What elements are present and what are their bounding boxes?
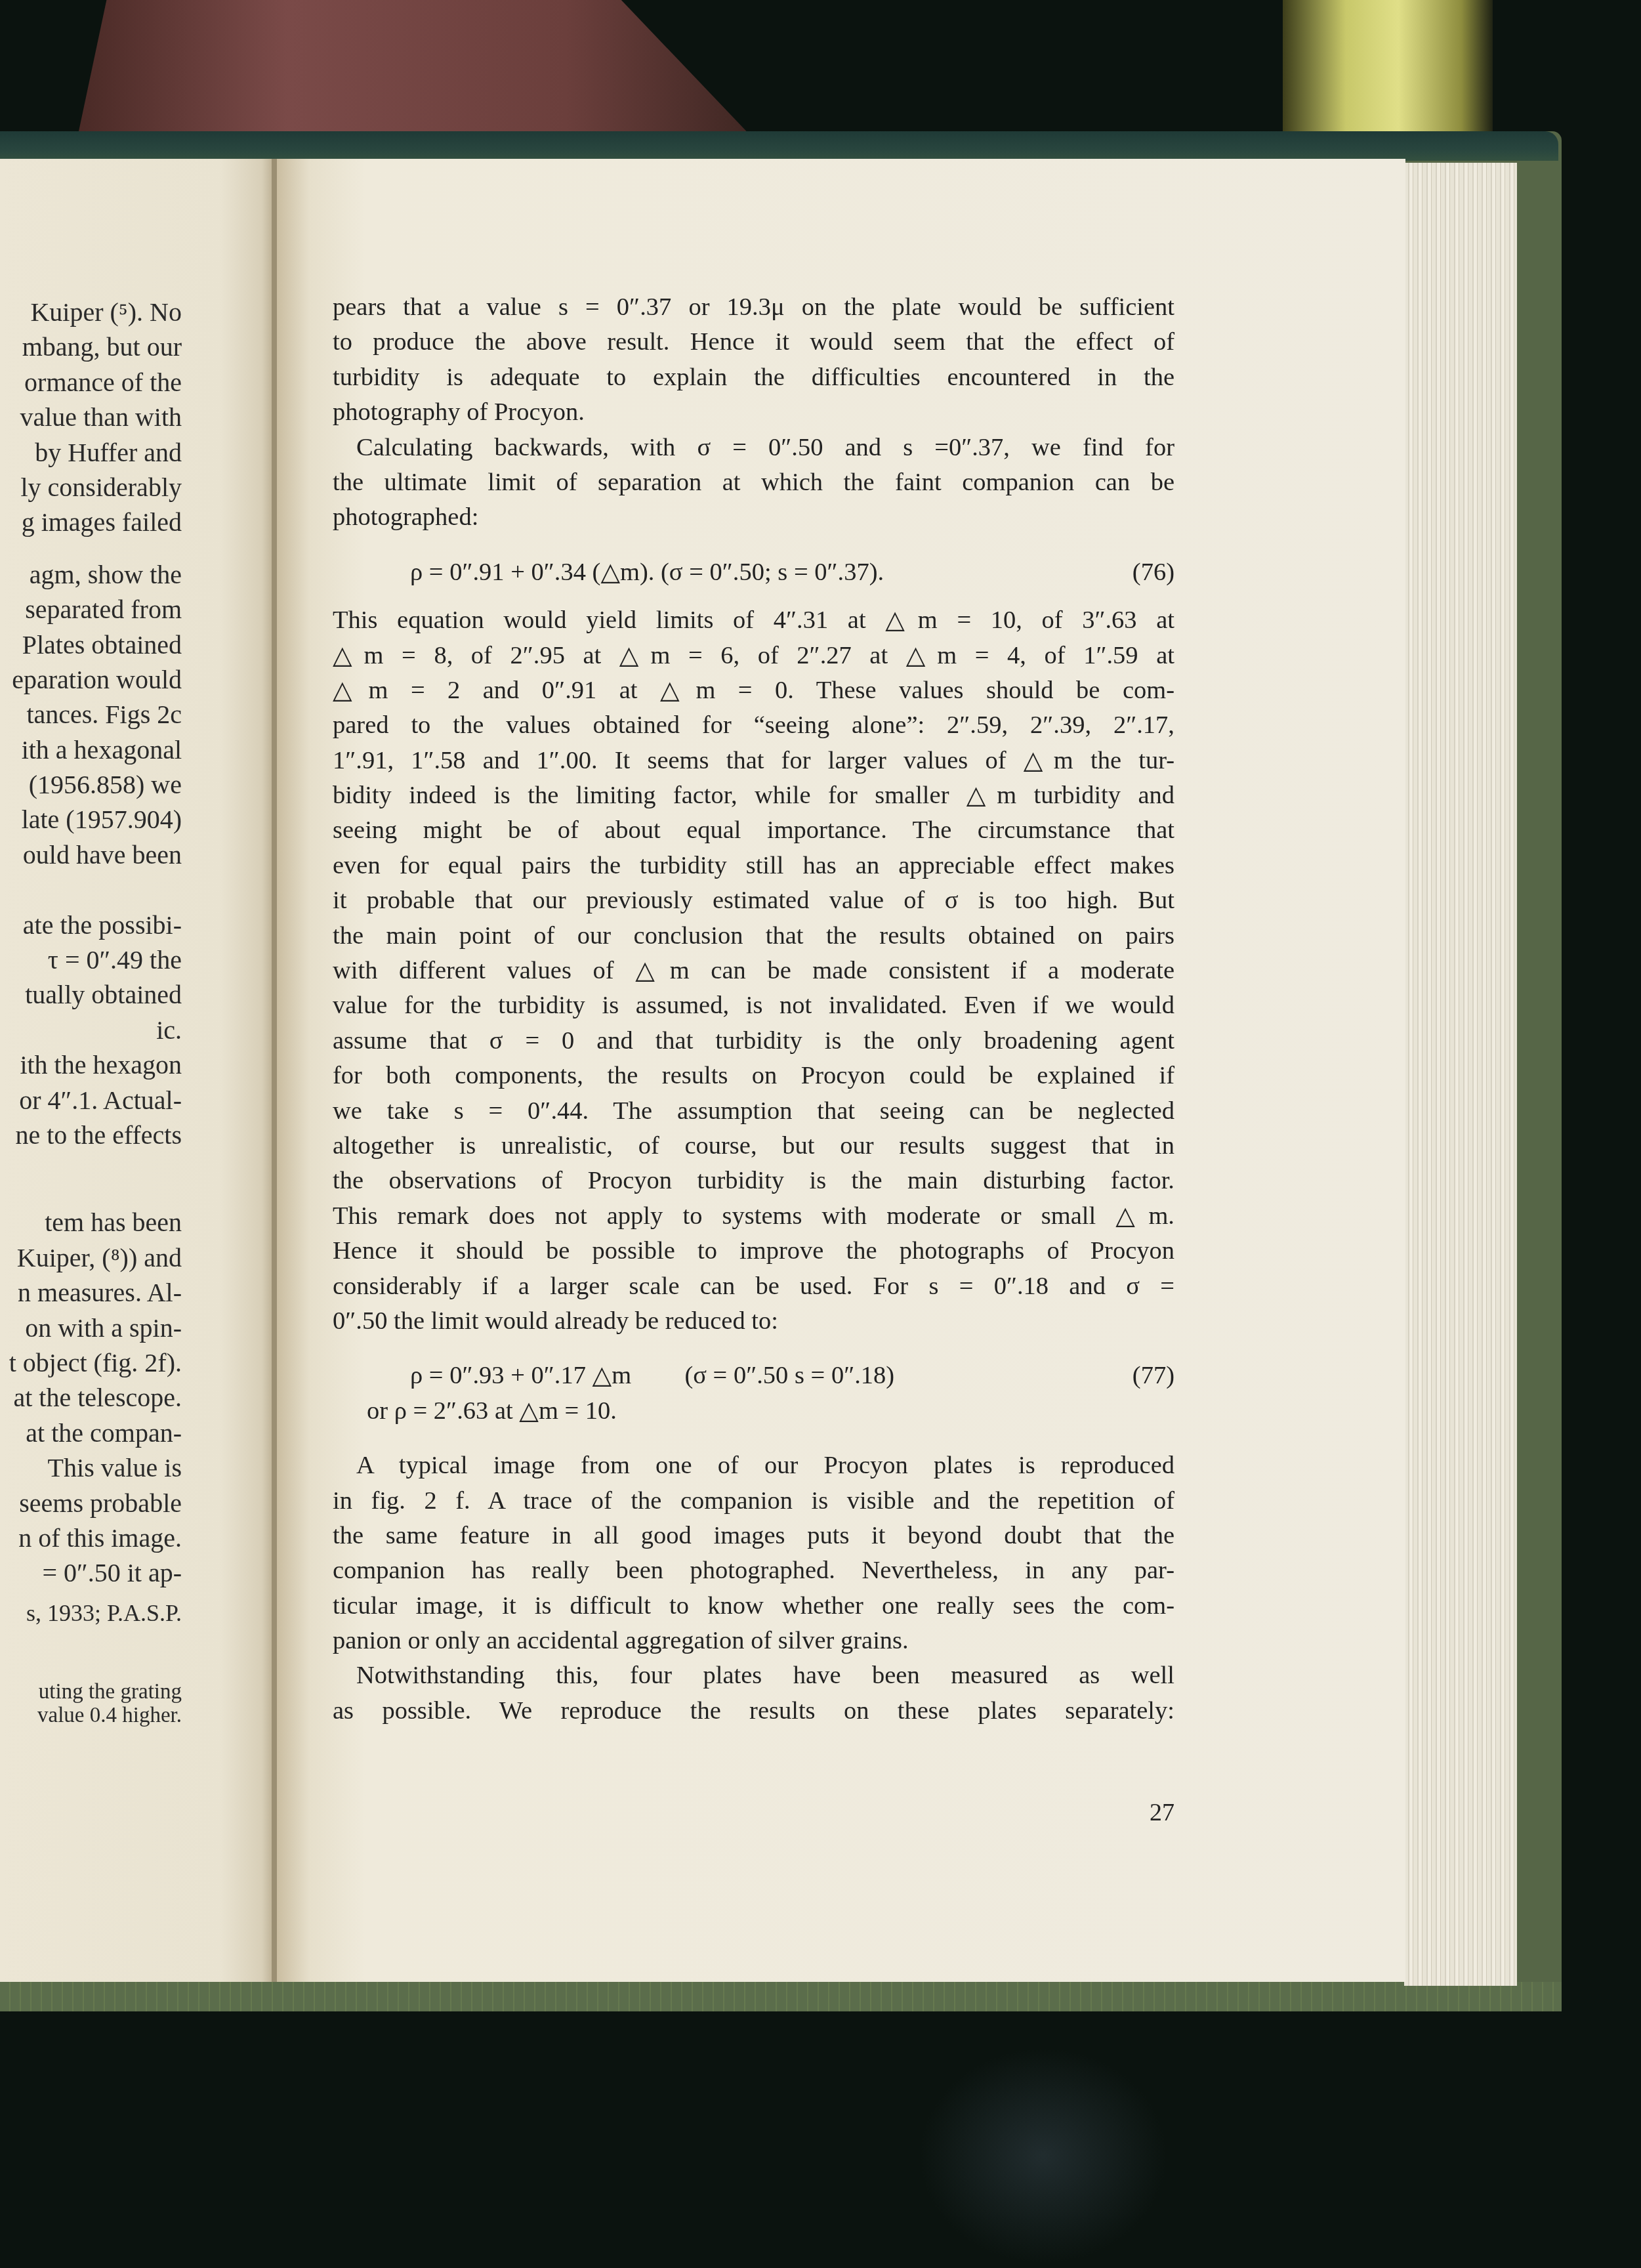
text-line: g images failed: [0, 505, 182, 539]
text-line: ould have been: [0, 837, 182, 872]
paragraph: pears that a value s = 0″.37 or 19.3μ on…: [333, 290, 1174, 430]
footnote-line: uting the grating: [0, 1680, 182, 1704]
text-line: 1″.91, 1″.58 and 1″.00. It seems that fo…: [333, 744, 1174, 778]
text-line: photographed:: [333, 500, 1174, 535]
book-cover-top-edge: [0, 131, 1558, 161]
text-line: at the compan-: [0, 1416, 182, 1450]
text-line: τ = 0″.49 the: [0, 942, 182, 977]
equation-77-continuation: or ρ = 2″.63 at △m = 10.: [333, 1394, 1174, 1429]
left-page: Kuiper (⁵). No mbang, but our ormance of…: [0, 159, 276, 1982]
text-line: we take s = 0″.44. The assumption that s…: [333, 1094, 1174, 1129]
text-line: ith the hexagon: [0, 1047, 182, 1082]
text-line: bidity indeed is the limiting factor, wh…: [333, 778, 1174, 813]
text-line: eparation would: [0, 662, 182, 697]
paragraph: This equation would yield limits of 4″.3…: [333, 603, 1174, 1339]
text-line: late (1957.904): [0, 802, 182, 837]
text-line: Hence it should be possible to improve t…: [333, 1234, 1174, 1269]
text-line: Kuiper (⁵). No: [0, 295, 182, 329]
text-line: the main point of our conclusion that th…: [333, 919, 1174, 954]
text-line: by Huffer and: [0, 435, 182, 470]
reference-line: s, 1933; P.A.S.P.: [0, 1596, 182, 1631]
text-line: 0″.50 the limit would already be reduced…: [333, 1304, 1174, 1339]
background-glow: [919, 2047, 1168, 2264]
text-line: on with a spin-: [0, 1311, 182, 1345]
book-gutter: [272, 159, 277, 1982]
text-line: separated from: [0, 592, 182, 627]
text-line: turbidity is adequate to explain the dif…: [333, 360, 1174, 395]
text-line: (1956.858) we: [0, 767, 182, 802]
text-line: tances. Figs 2c: [0, 697, 182, 732]
paragraph: Calculating backwards, with σ = 0″.50 an…: [333, 430, 1174, 535]
text-line: to produce the above result. Hence it wo…: [333, 325, 1174, 360]
text-line: the observations of Procyon turbidity is…: [333, 1164, 1174, 1198]
text-line: the ultimate limit of separation at whic…: [333, 465, 1174, 500]
equation-body: ρ = 0″.91 + 0″.34 (△m). (σ = 0″.50; s = …: [333, 555, 884, 590]
equation-expression: ρ = 0″.93 + 0″.17 △m: [410, 1362, 631, 1389]
text-line: at the telescope.: [0, 1380, 182, 1415]
text-line: ith a hexagonal: [0, 732, 182, 767]
text-line: △m = 2 and 0″.91 at △m = 0. These values…: [333, 673, 1174, 708]
text-line: = 0″.50 it ap-: [0, 1555, 182, 1590]
text-line: tually obtained: [0, 977, 182, 1012]
text-line: considerably if a larger scale can be us…: [333, 1269, 1174, 1304]
left-page-text-fragment: Kuiper (⁵). No mbang, but our ormance of…: [0, 295, 182, 1727]
text-line: mbang, but our: [0, 329, 182, 364]
text-line: Calculating backwards, with σ = 0″.50 an…: [333, 430, 1174, 465]
finger-holding-book: [79, 0, 774, 131]
equation-continuation: or ρ = 2″.63 at △m = 10.: [367, 1394, 617, 1429]
text-line: assume that σ = 0 and that turbidity is …: [333, 1024, 1174, 1059]
text-line: ne to the effects: [0, 1118, 182, 1152]
equation-number: (76): [1132, 555, 1174, 590]
text-line: with different values of △m can be made …: [333, 954, 1174, 988]
text-line: erture).: [0, 872, 182, 907]
text-line: agm, show the: [0, 557, 182, 592]
text-line: ormance of the: [0, 365, 182, 400]
text-line: pared to the values obtained for “seeing…: [333, 708, 1174, 743]
text-line: This remark does not apply to systems wi…: [333, 1199, 1174, 1234]
text-line: seeing might be of about equal importanc…: [333, 813, 1174, 848]
text-line: △m = 8, of 2″.95 at △m = 6, of 2″.27 at …: [333, 639, 1174, 673]
text-line: as possible. We reproduce the results on…: [333, 1694, 1174, 1729]
background-light-streak: [1283, 0, 1493, 131]
paragraph: A typical image from one of our Procyon …: [333, 1448, 1174, 1658]
text-line: for both components, the results on Proc…: [333, 1059, 1174, 1093]
text-line: the same feature in all good images puts…: [333, 1519, 1174, 1553]
equation-params: (σ = 0″.50 s = 0″.18): [684, 1362, 894, 1389]
text-line: value for the turbidity is assumed, is n…: [333, 988, 1174, 1023]
book-cover-bottom-edge: [0, 1982, 1562, 2011]
text-line: t object (fig. 2f).: [0, 1345, 182, 1380]
text-line: n measures. Al-: [0, 1275, 182, 1310]
text-line: Notwithstanding this, four plates have b…: [333, 1658, 1174, 1693]
text-line: value than with: [0, 400, 182, 434]
text-line: in fig. 2 f. A trace of the companion is…: [333, 1484, 1174, 1519]
text-line: ate the possibi-: [0, 908, 182, 942]
text-line: tem has been: [0, 1205, 182, 1240]
equation-76: ρ = 0″.91 + 0″.34 (△m). (σ = 0″.50; s = …: [333, 555, 1174, 590]
text-line: panion or only an accidental aggregation…: [333, 1624, 1174, 1658]
fore-edge-pages: [1404, 163, 1517, 1986]
text-line: pears that a value s = 0″.37 or 19.3μ on…: [333, 290, 1174, 325]
equation-number: (77): [1132, 1358, 1174, 1393]
text-line: Kuiper, (⁸)) and: [0, 1240, 182, 1275]
equation-77: ρ = 0″.93 + 0″.17 △m (σ = 0″.50 s = 0″.1…: [333, 1358, 1174, 1393]
equation-body: ρ = 0″.93 + 0″.17 △m (σ = 0″.50 s = 0″.1…: [333, 1358, 894, 1393]
text-line: companion has really been photographed. …: [333, 1553, 1174, 1588]
text-line: ly considerably: [0, 470, 182, 505]
text-line: photography of Procyon.: [333, 395, 1174, 430]
paragraph: Notwithstanding this, four plates have b…: [333, 1658, 1174, 1729]
text-line: altogether is unrealistic, of course, bu…: [333, 1129, 1174, 1164]
text-line: ticular image, it is difficult to know w…: [333, 1589, 1174, 1624]
text-line: Plates obtained: [0, 627, 182, 662]
page-number: 27: [1145, 1798, 1174, 1827]
text-line: A typical image from one of our Procyon …: [333, 1448, 1174, 1483]
text-line: ic.: [0, 1013, 182, 1047]
footnote-line: value 0.4 higher.: [0, 1704, 182, 1727]
text-line: even for equal pairs the turbidity still…: [333, 849, 1174, 883]
text-line: seems probable: [0, 1486, 182, 1521]
text-line: n of this image.: [0, 1521, 182, 1555]
text-line: This value is: [0, 1450, 182, 1485]
text-line: it probable that our previously estimate…: [333, 883, 1174, 918]
right-page-text: pears that a value s = 0″.37 or 19.3μ on…: [333, 290, 1174, 1729]
text-line: or 4″.1. Actual-: [0, 1083, 182, 1118]
text-line: This equation would yield limits of 4″.3…: [333, 603, 1174, 638]
